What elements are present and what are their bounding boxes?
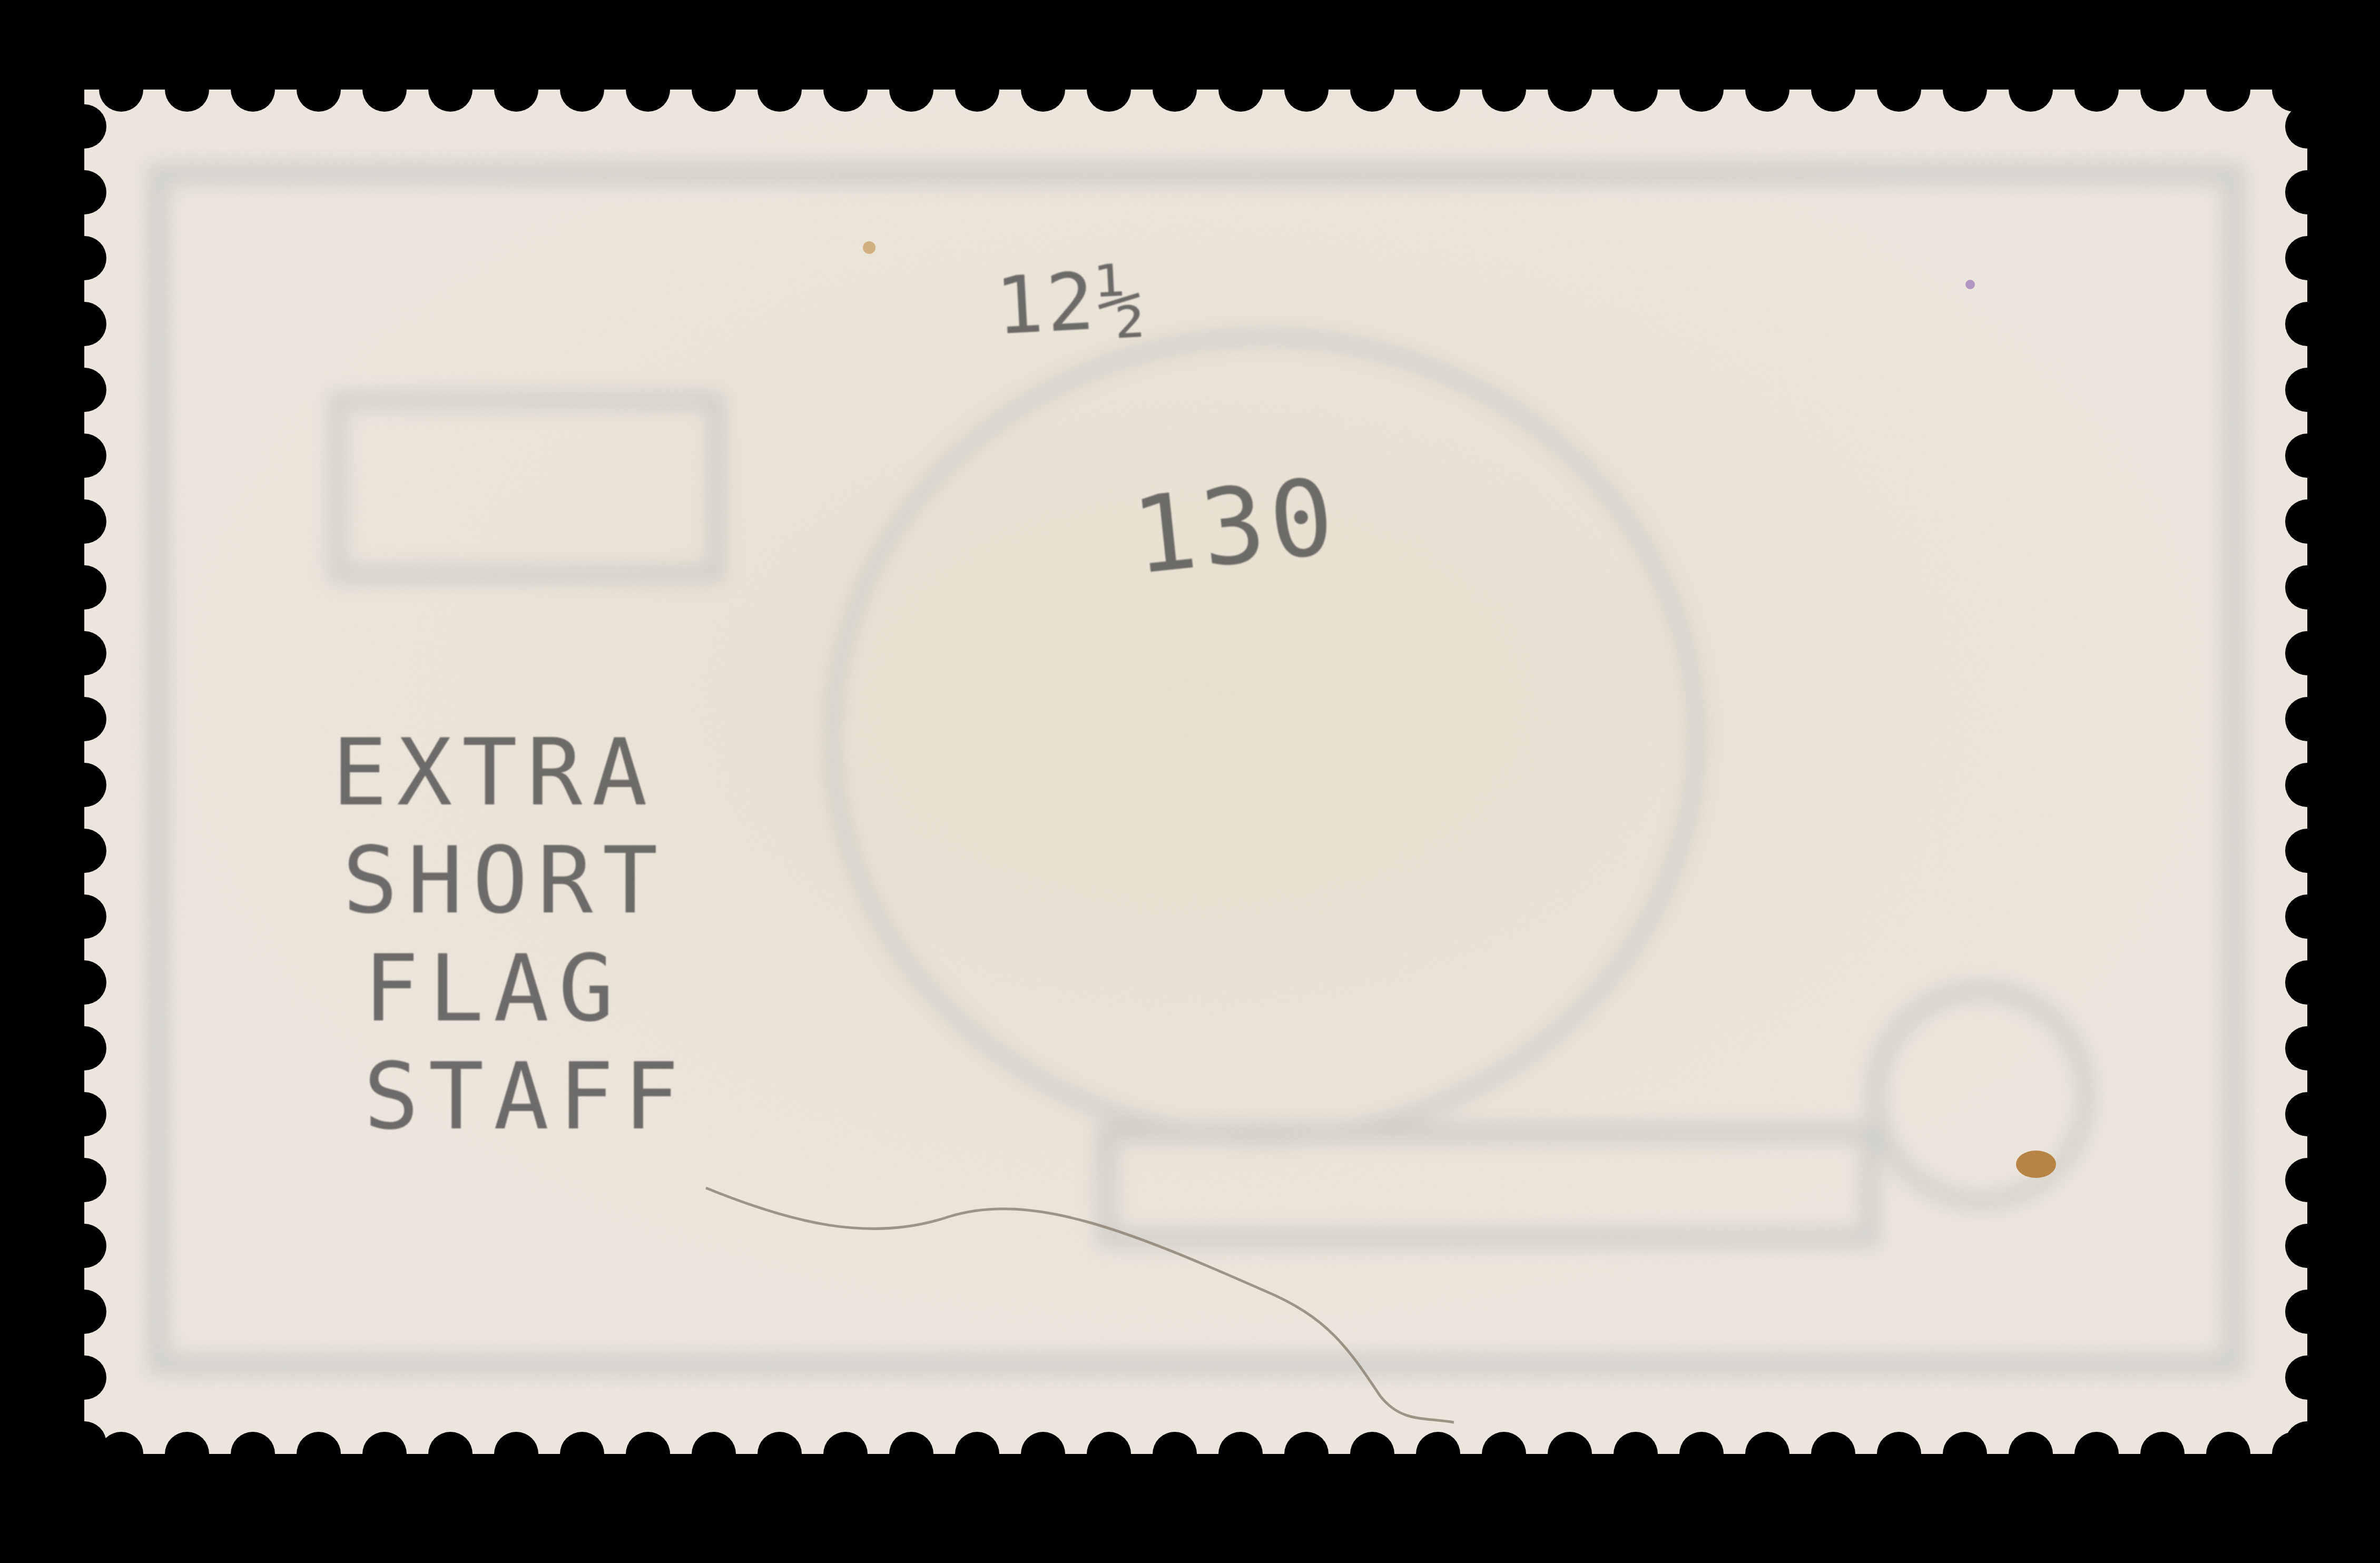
pencil-note-price: 130: [1128, 464, 1344, 590]
stain: [2016, 1151, 2056, 1178]
description-line: STAFF: [363, 1051, 689, 1159]
pencil-note-description: EXTRA SHORT FLAG STAFF: [332, 727, 689, 1159]
description-line: FLAG: [363, 943, 689, 1051]
pencil-note-perforation: 12½: [994, 260, 1149, 347]
stain: [1965, 280, 1975, 289]
description-line: SHORT: [342, 835, 689, 943]
stain: [863, 241, 876, 254]
description-line: EXTRA: [332, 727, 689, 835]
